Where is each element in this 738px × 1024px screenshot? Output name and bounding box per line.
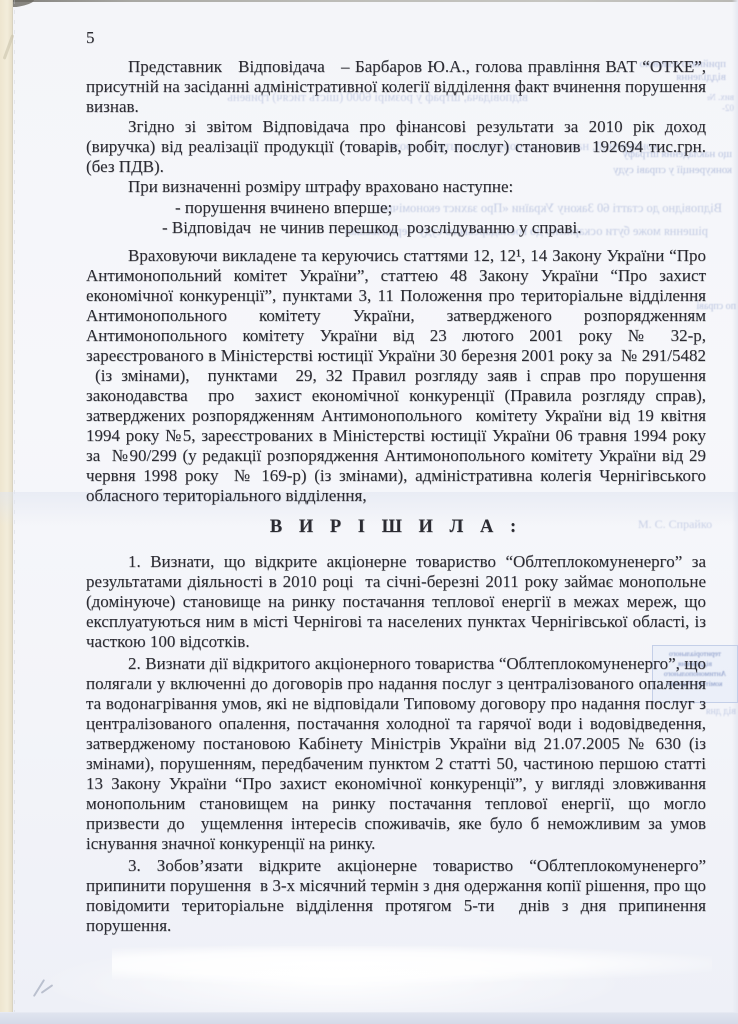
paragraph-financial-results: Згідно зі звітом Відповідача про фінансо… [86, 117, 706, 177]
list-item-no-obstruction: - Відповідач не чинив перешкод розслідув… [86, 218, 706, 238]
scanned-document-page: прийнято головою відділення вих. № 02- в… [0, 0, 738, 1024]
decision-heading: В И Р І Ш И Л А : [86, 517, 706, 537]
pencil-mark-bottom-left [34, 976, 64, 998]
page-number: 5 [86, 28, 706, 48]
decision-item-3: 3. Зобов’язати відкрите акціонерне товар… [86, 856, 706, 936]
document-text-column: 5 Представник Відповідача – Барбаров Ю.А… [86, 28, 706, 936]
scan-edge-top [0, 0, 738, 2]
list-item-first-offense: - порушення вчинено вперше; [86, 198, 706, 218]
decision-item-1: 1. Визнати, що відкрите акціонерне товар… [86, 552, 706, 652]
scan-smudge [150, 960, 530, 988]
paragraph-representative: Представник Відповідача – Барбаров Ю.А.,… [86, 57, 706, 117]
decision-item-2: 2. Визнати дії відкритого акціонерного т… [86, 654, 706, 854]
paragraph-fine-factors-intro: При визначенні розміру штрафу враховано … [86, 177, 706, 197]
scan-edge-bottom [0, 1012, 738, 1024]
paragraph-legal-basis: Враховуючи викладене та керуючись стаття… [86, 246, 706, 506]
